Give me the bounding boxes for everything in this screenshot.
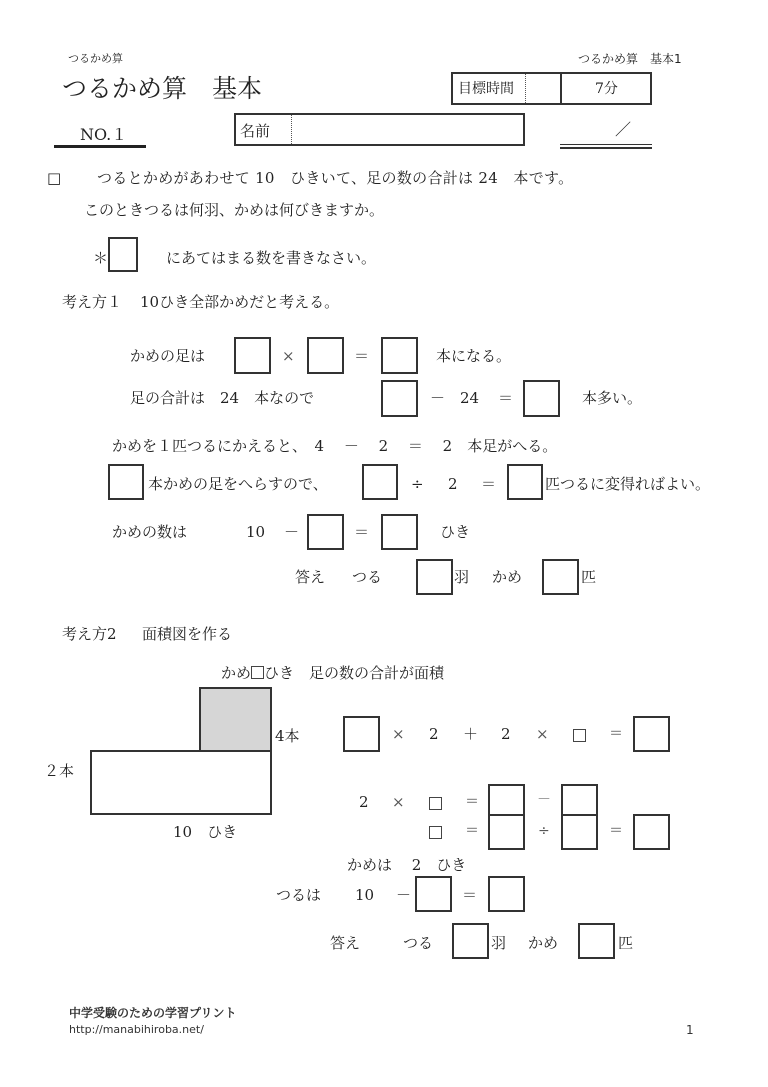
blank-square-icon <box>251 666 264 679</box>
answer-box[interactable] <box>415 876 452 912</box>
equals-sign: ＝ <box>462 885 477 905</box>
caption-pre: かめ <box>221 664 251 682</box>
date-line <box>560 144 652 145</box>
small-title-right: つるかめ算 基本1 <box>578 50 682 67</box>
row1-suffix: 本になる。 <box>436 346 511 366</box>
number: 10 <box>246 522 265 542</box>
name-field[interactable]: 名前 <box>234 113 525 146</box>
turtle-answer-box[interactable] <box>578 923 615 959</box>
crane-label: つる <box>352 567 382 587</box>
plus-sign: ＋ <box>463 724 478 744</box>
crane-answer-box[interactable] <box>416 559 453 595</box>
blank-square-icon <box>429 826 442 839</box>
crane-count-label: つるは <box>276 885 321 905</box>
method2-title: 考え方2 <box>62 624 117 644</box>
equals-sign: ＝ <box>481 474 496 494</box>
label-10-animals: 10 ひき <box>173 822 237 842</box>
turtle-unit: 匹 <box>581 567 596 587</box>
label-4-legs: 4本 <box>275 726 300 746</box>
answer-box[interactable] <box>523 380 560 417</box>
crane-unit: 羽 <box>454 567 469 587</box>
target-time-value[interactable]: 7分 <box>595 80 618 98</box>
answer-box[interactable] <box>381 337 418 374</box>
swap-explanation: かめを１匹つるにかえると、 4 － 2 ＝ 2 本足がへる。 <box>112 436 557 456</box>
footer-site-title: 中学受験のための学習プリント <box>69 1004 237 1021</box>
answer-label: 答え <box>295 567 325 587</box>
times-sign: × <box>392 724 405 744</box>
equals-sign: ＝ <box>465 793 479 811</box>
footer-url[interactable]: http://manabihiroba.net/ <box>69 1023 204 1036</box>
problem-text-line2: このときつるは何羽、かめは何びきますか。 <box>84 200 384 220</box>
number: 2 <box>359 792 369 812</box>
crane-answer-box[interactable] <box>452 923 489 959</box>
star-mark: ＊ <box>93 248 108 268</box>
answer-box[interactable] <box>307 337 344 374</box>
problem-marker: □ <box>47 168 61 188</box>
method1-title: 考え方１ <box>62 292 122 312</box>
turtle-unit: 匹 <box>618 933 633 953</box>
equals-sign: ＝ <box>354 522 369 542</box>
crane-label: つる <box>403 933 433 953</box>
problem-text-line1: つるとかめがあわせて 10 ひきいて、足の数の合計は 24 本です。 <box>97 168 573 188</box>
target-time-box: 目標時間 7分 <box>451 72 652 105</box>
turtle-answer-box[interactable] <box>542 559 579 595</box>
blank-square-icon <box>573 729 586 742</box>
equals-sign: ＝ <box>609 822 623 840</box>
answer-box[interactable] <box>633 814 670 850</box>
times-sign: × <box>392 792 405 812</box>
answer-box[interactable] <box>561 784 598 816</box>
number: 10 <box>355 885 374 905</box>
answer-box[interactable] <box>307 514 344 550</box>
answer-box[interactable] <box>108 464 144 500</box>
answer-box[interactable] <box>488 784 525 816</box>
answer-box[interactable] <box>561 814 598 850</box>
answer-box[interactable] <box>381 514 418 550</box>
row4-suffix: 匹つるに変得ればよい。 <box>545 474 710 494</box>
answer-box[interactable] <box>234 337 271 374</box>
answer-label: 答え <box>330 933 360 953</box>
equals-sign: ＝ <box>609 725 623 743</box>
number-underline <box>54 145 146 148</box>
answer-box[interactable] <box>381 380 418 417</box>
turtle-legs-label: かめの足は <box>130 346 205 366</box>
caption-post: ひき 足の数の合計が面積 <box>264 664 444 682</box>
equals-sign: ＝ <box>465 822 479 840</box>
target-time-label: 目標時間 <box>458 80 514 98</box>
times-sign: × <box>536 724 549 744</box>
separator <box>525 74 526 103</box>
total-legs-label: 足の合計は 24 本なので <box>130 388 314 408</box>
diagram-caption: かめひき 足の数の合計が面積 <box>221 663 444 683</box>
separator <box>560 74 562 103</box>
blank-square-icon <box>429 797 442 810</box>
instruction-text: にあてはまる数を書きなさい。 <box>166 248 376 268</box>
number-label: NO.１ <box>80 122 127 145</box>
divide-sign: ÷ <box>411 474 424 494</box>
equals-sign: ＝ <box>498 388 513 408</box>
answer-box[interactable] <box>633 716 670 752</box>
minus-sign: － <box>537 791 551 809</box>
crane-area-rect <box>90 750 272 815</box>
crane-unit: 羽 <box>491 933 506 953</box>
method2-subtitle: 面積図を作る <box>142 624 232 644</box>
times-sign: × <box>282 346 295 366</box>
answer-box[interactable] <box>343 716 380 752</box>
example-answer-box <box>108 237 138 272</box>
turtle-count-label: かめの数は <box>112 522 187 542</box>
minus-sign: － <box>284 522 299 542</box>
number: 24 <box>460 388 479 408</box>
separator <box>291 115 292 144</box>
answer-box[interactable] <box>507 464 543 500</box>
date-slash: ／ <box>615 117 631 140</box>
row4-text: 本かめの足をへらすので、 <box>148 474 328 494</box>
date-line <box>560 147 652 149</box>
page-title: つるかめ算 基本 <box>62 74 262 104</box>
small-title-left: つるかめ算 <box>68 50 123 66</box>
turtle-label: かめ <box>492 567 522 587</box>
divide-sign: ÷ <box>538 822 550 840</box>
row2-suffix: 本多い。 <box>582 388 642 408</box>
minus-sign: － <box>430 388 445 408</box>
number: 2 <box>448 474 458 494</box>
name-label: 名前 <box>240 121 270 141</box>
method1-subtitle: 10ひき全部かめだと考える。 <box>140 292 339 312</box>
answer-box[interactable] <box>362 464 398 500</box>
number: 2 <box>501 724 511 744</box>
number: 2 <box>429 724 439 744</box>
equals-sign: ＝ <box>354 346 369 366</box>
unit-label: ひき <box>440 522 470 542</box>
page-number: 1 <box>686 1023 694 1037</box>
turtle-count-text: かめは 2 ひき <box>347 855 466 875</box>
minus-sign: － <box>396 885 411 905</box>
answer-box[interactable] <box>488 814 525 850</box>
turtle-label: かめ <box>528 933 558 953</box>
turtle-area-rect <box>199 687 272 752</box>
label-2-legs: ２本 <box>44 761 74 781</box>
answer-box[interactable] <box>488 876 525 912</box>
